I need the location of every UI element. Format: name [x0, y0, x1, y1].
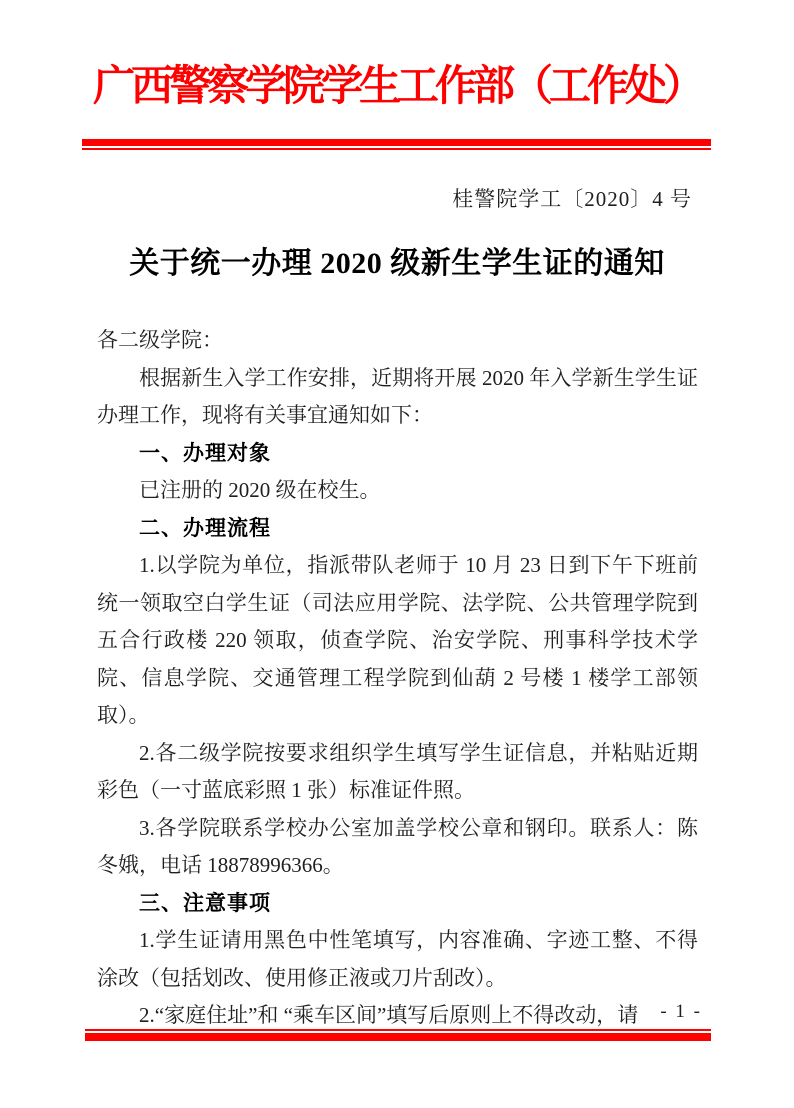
section-2-item-1: 1.以学院为单位，指派带队老师于 10 月 23 日到下午下班前统一领取空白学生…: [97, 547, 698, 735]
section-1-paragraph: 已注册的 2020 级在校生。: [97, 472, 698, 510]
page-number: - 1 -: [660, 1001, 702, 1023]
footer-rule-thick: [85, 1033, 711, 1041]
section-2-item-3: 3.各学院联系学校办公室加盖学校公章和钢印。联系人：陈冬娥，电话 1887899…: [97, 810, 698, 885]
document-body: 各二级学院： 根据新生入学工作安排，近期将开展 2020 年入学新生学生证办理工…: [97, 322, 698, 1035]
intro-paragraph: 根据新生入学工作安排，近期将开展 2020 年入学新生学生证办理工作，现将有关事…: [97, 360, 698, 435]
section-2-item-2: 2.各二级学院按要求组织学生填写学生证信息，并粘贴近期彩色（一寸蓝底彩照 1 张…: [97, 735, 698, 810]
letterhead-org-title: 广西警察学院学生工作部（工作处）: [0, 62, 794, 112]
document-title: 关于统一办理 2020 级新生学生证的通知: [0, 238, 794, 282]
letterhead-rule-thick: [82, 139, 711, 146]
salutation-line: 各二级学院：: [97, 322, 698, 360]
section-heading-3: 三、注意事项: [97, 885, 698, 923]
document-ref-number: 桂警院学工〔2020〕4 号: [452, 183, 692, 213]
footer-rule-thin: [85, 1029, 711, 1031]
letterhead-rule-thin: [82, 148, 711, 150]
document-page: 广西警察学院学生工作部（工作处） 桂警院学工〔2020〕4 号 关于统一办理 2…: [0, 0, 794, 1108]
section-heading-2: 二、办理流程: [97, 510, 698, 548]
section-3-item-1: 1.学生证请用黑色中性笔填写，内容准确、字迹工整、不得涂改（包括划改、使用修正液…: [97, 922, 698, 997]
section-heading-1: 一、办理对象: [97, 435, 698, 473]
